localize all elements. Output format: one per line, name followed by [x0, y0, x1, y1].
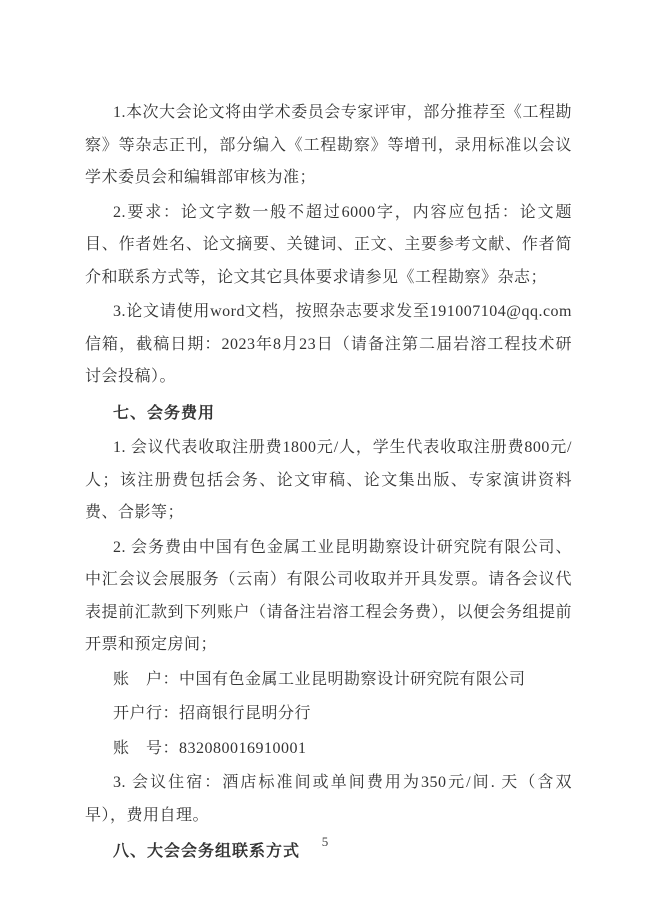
paragraph: 2. 会务费由中国有色金属工业昆明勘察设计研究院有限公司、中汇会议会展服务（云南…: [85, 532, 572, 662]
page-footer: 5: [0, 833, 650, 851]
paragraph: 1.本次大会论文将由学术委员会专家评审，部分推荐至《工程勘察》等杂志正刊，部分编…: [85, 97, 572, 195]
paragraph: 账 户：中国有色金属工业昆明勘察设计研究院有限公司: [85, 664, 572, 697]
paragraph: 账 号：832080016910001: [85, 733, 572, 766]
document-page: 1.本次大会论文将由学术委员会专家评审，部分推荐至《工程勘察》等杂志正刊，部分编…: [0, 0, 650, 919]
section-heading: 七、会务费用: [85, 398, 572, 431]
document-body: 1.本次大会论文将由学术委员会专家评审，部分推荐至《工程勘察》等杂志正刊，部分编…: [85, 97, 572, 871]
paragraph: 3. 会议住宿：酒店标准间或单间费用为350元/间. 天（含双早），费用自理。: [85, 767, 572, 832]
page-number: 5: [322, 834, 329, 849]
paragraph: 2.要求：论文字数一般不超过6000字，内容应包括：论文题目、作者姓名、论文摘要…: [85, 197, 572, 295]
paragraph: 开户行：招商银行昆明分行: [85, 698, 572, 731]
paragraph: 1. 会议代表收取注册费1800元/人，学生代表收取注册费800元/人；该注册费…: [85, 432, 572, 530]
paragraph: 3.论文请使用word文档，按照杂志要求发至191007104@qq.com信箱…: [85, 296, 572, 394]
